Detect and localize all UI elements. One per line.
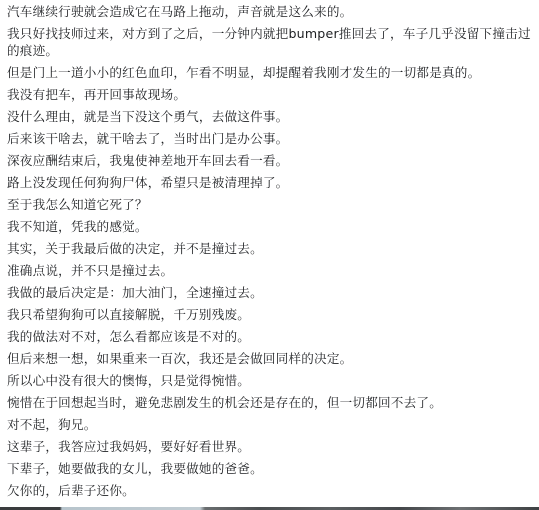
post-paragraph: 我的做法对不对，怎么看都应该是不对的。 [7,328,533,345]
post-paragraph: 但后来想一想，如果重来一百次，我还是会做回同样的决定。 [7,350,533,367]
post-paragraph: 所以心中没有很大的懊悔，只是觉得惋惜。 [7,372,533,389]
post-body: 汽车继续行驶就会造成它在马路上拖动，声音就是这么来的。 我只好找技师过来，对方到… [7,3,533,504]
post-paragraph: 其实，关于我最后做的决定，并不是撞过去。 [7,240,533,257]
post-paragraph: 我不知道，凭我的感觉。 [7,218,533,235]
post-paragraph: 我做的最后决定是：加大油门，全速撞过去。 [7,284,533,301]
post-paragraph: 下辈子，她要做我的女儿，我要做她的爸爸。 [7,460,533,477]
post-paragraph: 我没有把车，再开回事故现场。 [7,86,533,103]
post-paragraph: 我只好找技师过来，对方到了之后，一分钟内就把bumper推回去了，车子几乎没留下… [7,25,533,59]
post-paragraph: 我只希望狗狗可以直接解脱，千万别残废。 [7,306,533,323]
post-paragraph: 但是门上一道小小的红色血印，乍看不明显，却提醒着我刚才发生的一切都是真的。 [7,64,533,81]
post-paragraph: 准确点说，并不只是撞过去。 [7,262,533,279]
post-paragraph: 这辈子，我答应过我妈妈，要好好看世界。 [7,438,533,455]
post-paragraph: 欠你的，后辈子还你。 [7,482,533,499]
post-paragraph: 对不起，狗兄。 [7,416,533,433]
post-paragraph: 深夜应酬结束后，我鬼使神差地开车回去看一看。 [7,152,533,169]
post-paragraph: 没什么理由，就是当下没这个勇气，去做这件事。 [7,108,533,125]
post-paragraph: 惋惜在于回想起当时，避免悲剧发生的机会还是存在的，但一切都回不去了。 [7,394,533,411]
post-paragraph: 汽车继续行驶就会造成它在马路上拖动，声音就是这么来的。 [7,3,533,20]
post-paragraph: 至于我怎么知道它死了？ [7,196,533,213]
post-paragraph: 后来该干啥去，就干啥去了，当时出门是办公事。 [7,130,533,147]
post-paragraph: 路上没发现任何狗狗尸体，希望只是被清理掉了。 [7,174,533,191]
